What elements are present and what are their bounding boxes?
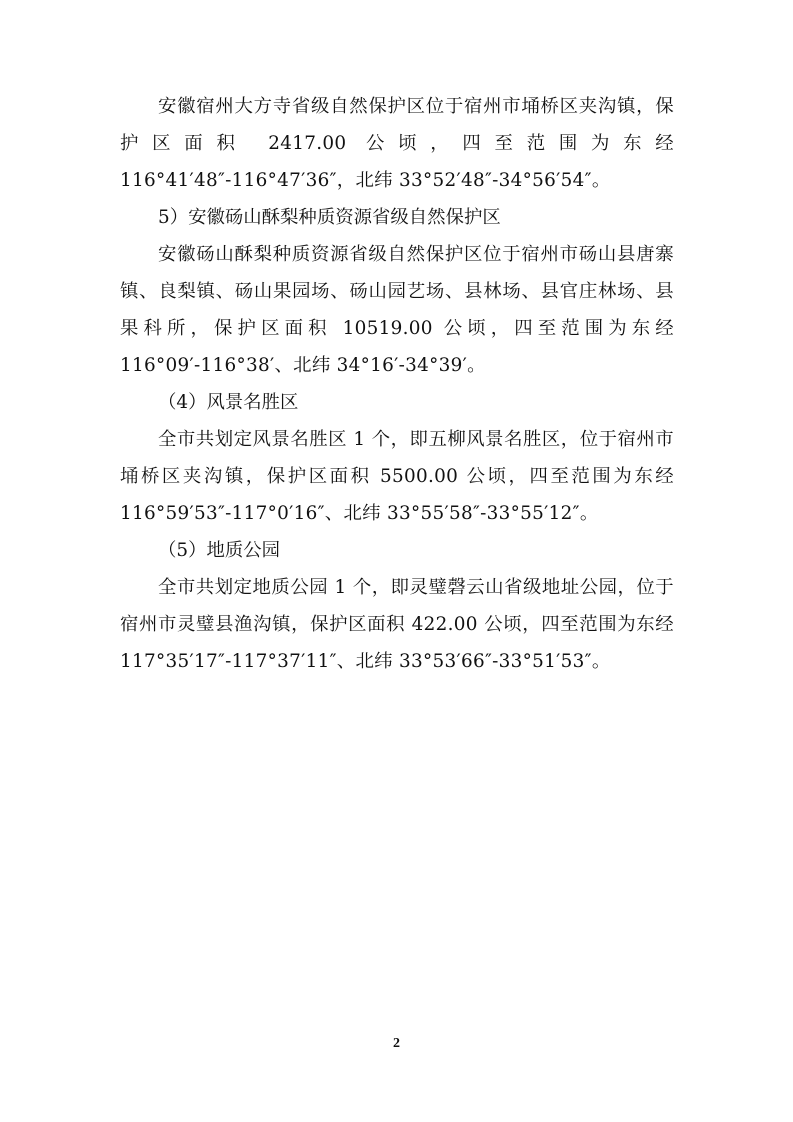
paragraph-wuliu-scenic-area: 全市共划定风景名胜区 1 个，即五柳风景名胜区，位于宿州市埇桥区夹沟镇，保护区面… (120, 421, 674, 532)
heading-scenic-area: （4）风景名胜区 (120, 384, 674, 421)
document-page: 安徽宿州大方寺省级自然保护区位于宿州市埇桥区夹沟镇，保护区面积 2417.00 … (120, 88, 674, 680)
paragraph-lingbi-geopark: 全市共划定地质公园 1 个，即灵璧磬云山省级地址公园，位于宿州市灵璧县渔沟镇，保… (120, 569, 674, 680)
heading-dangshan-pear-reserve: 5）安徽砀山酥梨种质资源省级自然保护区 (120, 199, 674, 236)
paragraph-dangshan-pear-reserve: 安徽砀山酥梨种质资源省级自然保护区位于宿州市砀山县唐寨镇、良梨镇、砀山果园场、砀… (120, 236, 674, 384)
paragraph-dafangsi-reserve: 安徽宿州大方寺省级自然保护区位于宿州市埇桥区夹沟镇，保护区面积 2417.00 … (120, 88, 674, 199)
heading-geopark: （5）地质公园 (120, 532, 674, 569)
page-number: 2 (0, 1036, 793, 1052)
